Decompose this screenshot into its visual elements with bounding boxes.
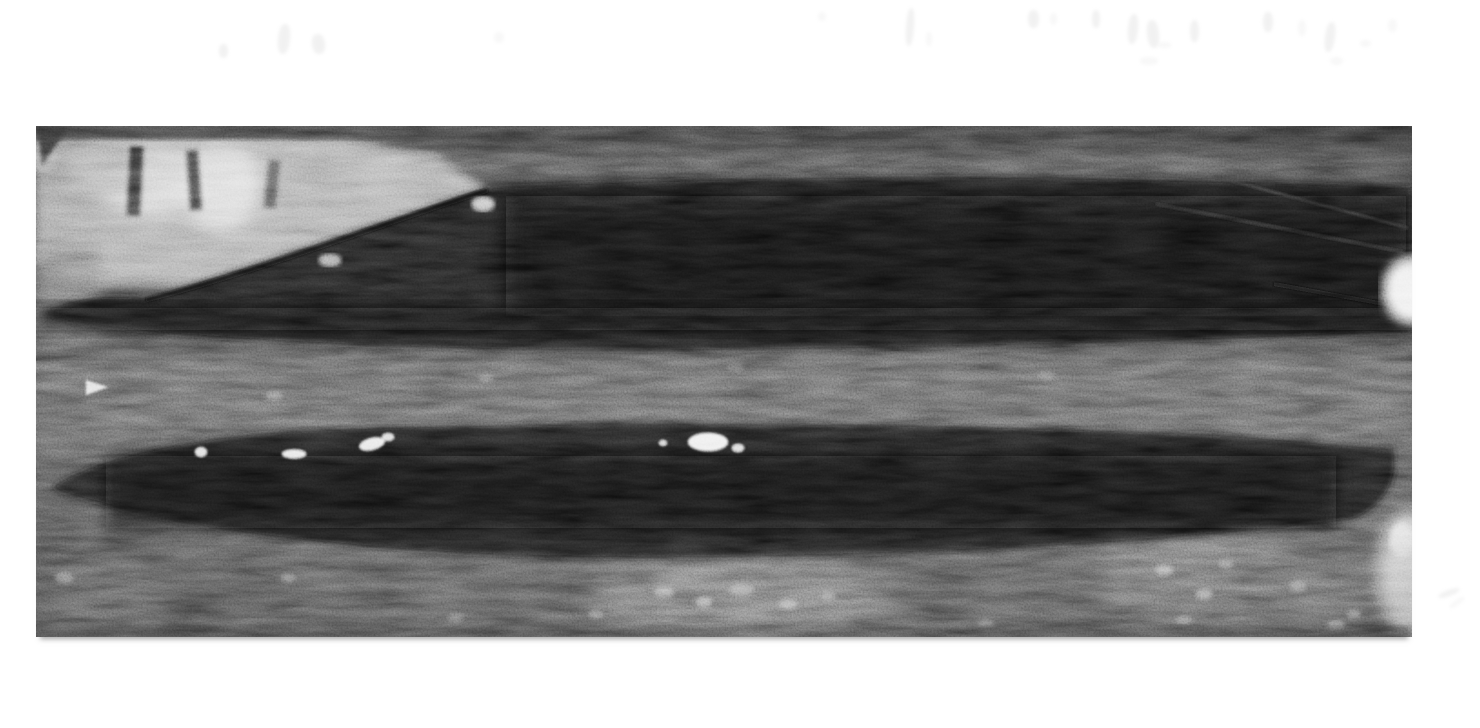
showthrough-mark	[1190, 20, 1199, 42]
showthrough-mark	[905, 8, 916, 46]
showthrough-mark	[1263, 12, 1273, 32]
showthrough-mark	[1298, 20, 1306, 36]
showthrough-mark	[1438, 586, 1461, 599]
grain-fine-overlay	[36, 126, 1412, 637]
showthrough-mark	[1448, 595, 1466, 609]
showthrough-mark	[219, 44, 228, 58]
showthrough-mark	[494, 32, 504, 43]
showthrough-mark	[1323, 21, 1337, 52]
showthrough-mark	[1050, 13, 1057, 25]
showthrough-mark	[276, 23, 291, 54]
showthrough-mark	[311, 33, 327, 55]
showthrough-mark	[1158, 42, 1171, 48]
scanned-page	[0, 0, 1480, 728]
showthrough-mark	[818, 12, 826, 21]
showthrough-mark	[1360, 40, 1371, 47]
showthrough-mark	[1388, 19, 1397, 32]
showthrough-mark	[926, 32, 932, 46]
showthrough-mark	[1127, 14, 1140, 45]
showthrough-mark	[1028, 10, 1039, 28]
showthrough-mark	[1140, 57, 1158, 65]
halftone-photograph	[36, 126, 1412, 637]
photograph-artwork	[36, 126, 1412, 637]
showthrough-mark	[1092, 10, 1100, 28]
showthrough-mark	[1330, 57, 1343, 65]
